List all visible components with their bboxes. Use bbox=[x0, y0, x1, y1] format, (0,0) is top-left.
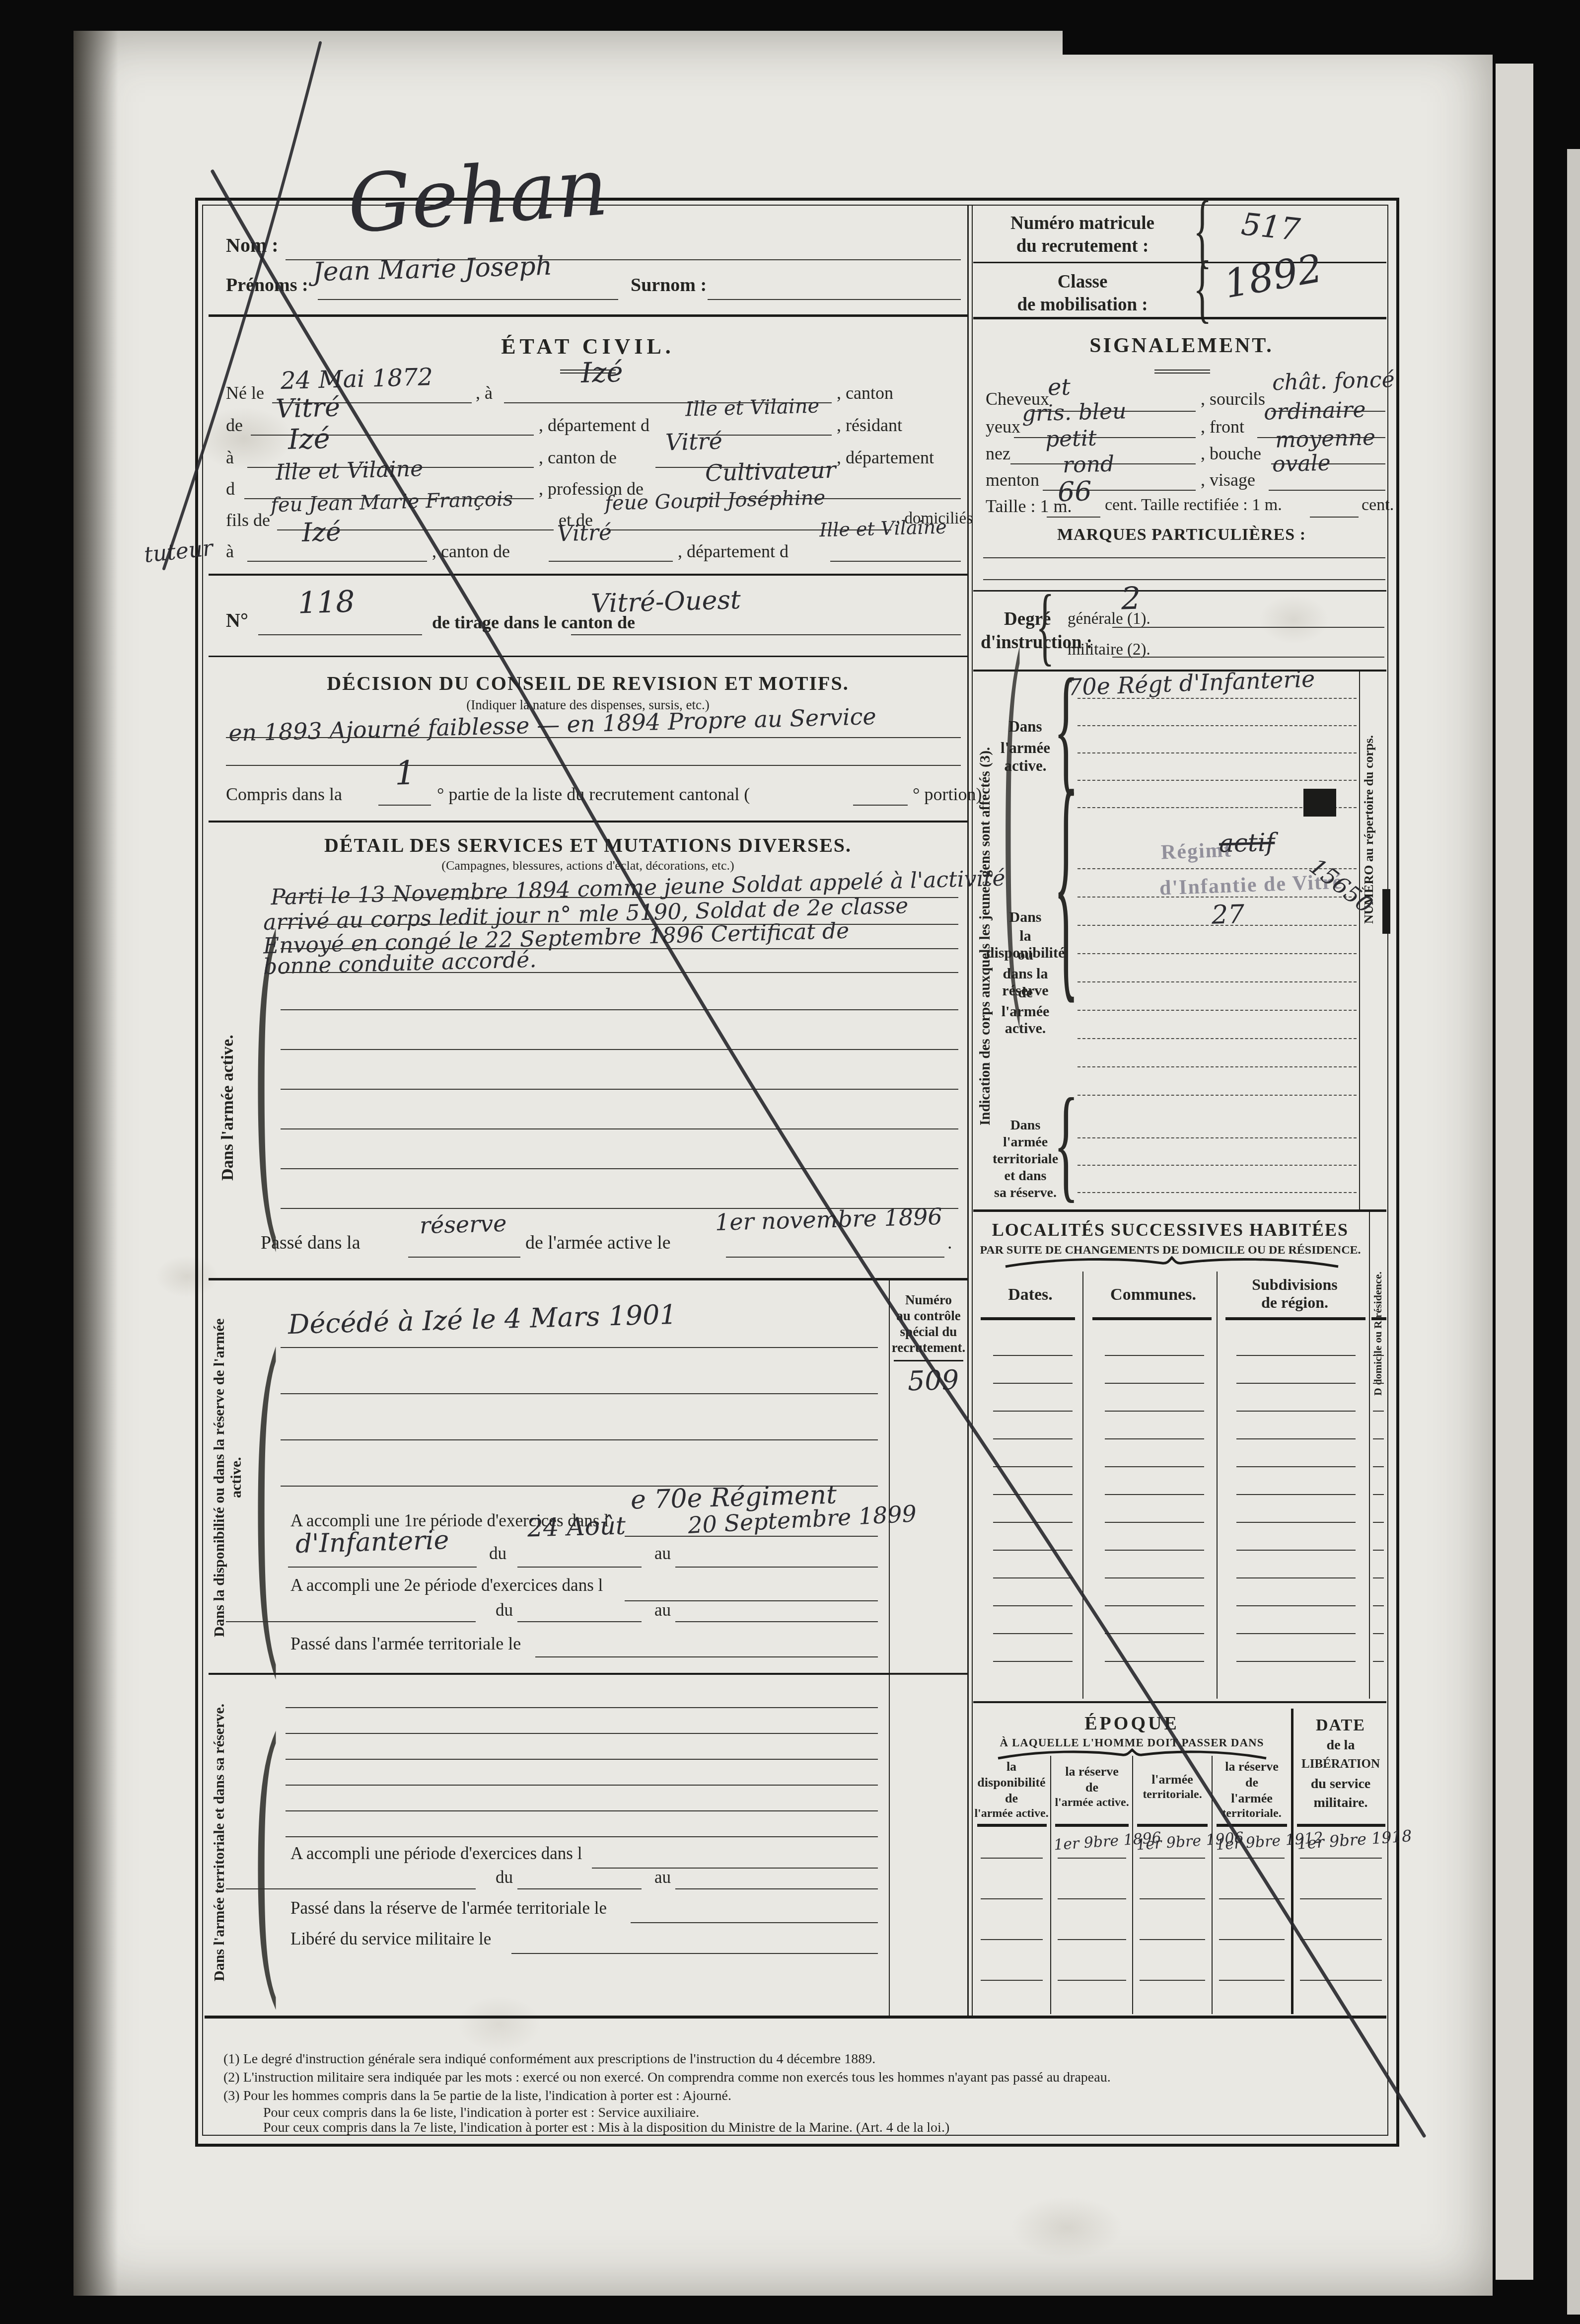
a3: à bbox=[226, 447, 234, 468]
line bbox=[1077, 1165, 1357, 1166]
line bbox=[1077, 780, 1357, 781]
epoque-c4: de bbox=[1214, 1775, 1290, 1790]
next-page-sliver bbox=[1496, 64, 1533, 2280]
epoque-c1: de bbox=[974, 1791, 1049, 1806]
taille-value: 66 bbox=[1057, 475, 1092, 508]
a3-value: Izé bbox=[287, 423, 330, 456]
row-dash bbox=[1373, 1522, 1384, 1523]
row-dash bbox=[1236, 1550, 1356, 1551]
passe-reserve-value: réserve bbox=[419, 1210, 507, 1239]
line bbox=[226, 737, 961, 738]
fils5: fils de bbox=[226, 510, 270, 530]
line bbox=[675, 1621, 878, 1622]
row-dash bbox=[993, 1661, 1073, 1662]
controle-header-4: recrutement. bbox=[891, 1340, 966, 1355]
index-bar-1 bbox=[1303, 789, 1336, 817]
compris-label: Compris dans la bbox=[226, 784, 342, 805]
line bbox=[631, 1922, 878, 1923]
line bbox=[1077, 897, 1357, 898]
line bbox=[281, 1439, 878, 1440]
row-dash bbox=[1219, 1858, 1285, 1859]
stamp-actif-crossed: actif bbox=[1219, 828, 1275, 858]
localites-head-rule-4 bbox=[1371, 1317, 1386, 1320]
line bbox=[1077, 1095, 1357, 1096]
header-rule-left bbox=[209, 314, 967, 317]
services-title: DÉTAIL DES SERVICES ET MUTATIONS DIVERSE… bbox=[209, 833, 967, 857]
controle-value: 509 bbox=[907, 1364, 959, 1397]
row-dash bbox=[1373, 1494, 1384, 1495]
footnote-2: (2) L'instruction militaire sera indiqué… bbox=[223, 2070, 1111, 2086]
services-bottom-rule bbox=[209, 1278, 967, 1280]
ne-le-value: 24 Mai 1872 bbox=[280, 363, 433, 395]
nom-value: Gehan bbox=[345, 140, 611, 251]
row-dash bbox=[1105, 1633, 1204, 1634]
main-column-divider bbox=[967, 205, 969, 2017]
dep2-value: Ille et Vilaine bbox=[685, 394, 819, 421]
territoriale-passe-label: Passé dans la réserve de l'armée territo… bbox=[290, 1898, 607, 1918]
row-dash bbox=[1105, 1522, 1204, 1523]
row-dash bbox=[1058, 1898, 1126, 1899]
footer-rule bbox=[205, 2016, 1386, 2019]
line bbox=[1077, 1010, 1357, 1011]
epoque-head-rule bbox=[977, 1824, 1047, 1827]
front-value: ordinaire bbox=[1263, 397, 1366, 425]
row-dash bbox=[1236, 1466, 1356, 1467]
row-dash bbox=[1373, 1661, 1384, 1662]
row-dash bbox=[981, 1939, 1043, 1940]
scanned-register-page: Nom : Gehan Prénoms : Jean Marie Joseph … bbox=[0, 0, 1580, 2324]
controle-header-rule bbox=[894, 1360, 963, 1361]
classe-brace: { bbox=[1193, 251, 1212, 328]
d4-value: Ille et Vilaine bbox=[275, 456, 423, 485]
line bbox=[535, 1656, 878, 1657]
line bbox=[286, 1733, 878, 1734]
row-dash bbox=[1300, 1939, 1382, 1940]
decision-bottom-rule bbox=[209, 821, 967, 823]
epoque-c1: l'armée active. bbox=[974, 1807, 1049, 1820]
tirage-no-value: 118 bbox=[297, 585, 355, 621]
row-dash bbox=[1058, 1939, 1126, 1940]
periode2-au: au bbox=[654, 1600, 671, 1620]
repertoire-strip-border bbox=[1359, 672, 1360, 1209]
dep3: , département bbox=[837, 447, 934, 468]
row-dash bbox=[1236, 1494, 1356, 1495]
reserve-bottom-rule bbox=[209, 1673, 967, 1675]
passe-territoriale-label: Passé dans l'armée territoriale le bbox=[290, 1633, 521, 1654]
canton3-value: Vitré bbox=[665, 428, 722, 456]
cheveux-value: et bbox=[1047, 373, 1071, 400]
a6-value: Izé bbox=[301, 517, 341, 548]
etat-civil-bottom-rule bbox=[209, 574, 967, 576]
row-dash bbox=[1236, 1438, 1356, 1439]
prenoms-line bbox=[318, 299, 618, 300]
localites-col-dates: Dates. bbox=[986, 1285, 1075, 1304]
compris-end: ° portion). bbox=[913, 784, 986, 805]
bouche-label: , bouche bbox=[1201, 443, 1261, 464]
controle-header-1: Numéro bbox=[891, 1292, 966, 1308]
passe-reserve-2: de l'armée active le bbox=[525, 1232, 671, 1254]
visage-value: ovale bbox=[1272, 450, 1331, 477]
line bbox=[258, 634, 422, 635]
row-dash bbox=[993, 1494, 1073, 1495]
line bbox=[286, 1810, 878, 1811]
row-dash bbox=[993, 1466, 1073, 1467]
matricule-rule bbox=[973, 262, 1386, 263]
tirage-no: N° bbox=[226, 608, 248, 632]
line bbox=[408, 1257, 520, 1258]
territoriale-side-brace: ( bbox=[255, 1689, 278, 1997]
signalement-title: SIGNALEMENT. bbox=[972, 334, 1391, 358]
epoque-c3: l'armée bbox=[1135, 1772, 1210, 1787]
row-dash bbox=[1105, 1355, 1204, 1356]
matricule-label-1: Numéro matricule bbox=[978, 213, 1187, 234]
line bbox=[517, 1621, 642, 1622]
menton-value: rond bbox=[1062, 451, 1114, 478]
sourcils-label: , sourcils bbox=[1201, 388, 1265, 409]
epoque-c1: la bbox=[974, 1759, 1049, 1774]
row-dash bbox=[1373, 1438, 1384, 1439]
periode2-label: A accompli une 2e période d'exercices da… bbox=[290, 1575, 603, 1595]
epoque-head-rule bbox=[1055, 1824, 1129, 1827]
compris-mid: ° partie de la liste du recrutement cant… bbox=[437, 784, 750, 805]
epoque-head-rule bbox=[1137, 1824, 1208, 1827]
row-dash bbox=[1105, 1383, 1204, 1384]
row-dash bbox=[981, 1858, 1043, 1859]
canton6-value: Vitré bbox=[557, 520, 612, 547]
yeux-value: gris. bleu bbox=[1021, 398, 1127, 426]
dispo-label-3: ou bbox=[996, 947, 1055, 964]
row-dash bbox=[993, 1411, 1073, 1412]
prof4-value: Cultivateur bbox=[705, 456, 836, 487]
epoque-title: ÉPOQUE bbox=[972, 1713, 1292, 1734]
line bbox=[286, 1785, 878, 1786]
surnom-line bbox=[708, 299, 961, 300]
menton-label: menton bbox=[986, 469, 1039, 490]
surnom-label: Surnom : bbox=[631, 274, 707, 296]
line bbox=[675, 1888, 878, 1889]
row-dash bbox=[1373, 1577, 1384, 1578]
line bbox=[281, 1009, 958, 1010]
dispo-label-5: de bbox=[996, 984, 1055, 1001]
footnote-4: Pour ceux compris dans la 6e liste, l'in… bbox=[263, 2105, 699, 2121]
epoque-date-divider bbox=[1291, 1709, 1293, 2014]
line bbox=[281, 1168, 958, 1169]
row-dash bbox=[1105, 1411, 1204, 1412]
epoque-date-header: LIBÉRATION bbox=[1295, 1757, 1386, 1771]
row-dash bbox=[1373, 1355, 1384, 1356]
epoque-date-header: DATE bbox=[1295, 1716, 1386, 1735]
line bbox=[625, 1536, 878, 1537]
a6: à bbox=[226, 541, 234, 562]
epoque-c4: la réserve bbox=[1214, 1759, 1290, 1774]
row-dash bbox=[1140, 1980, 1205, 1981]
a1: , à bbox=[476, 382, 493, 403]
dep6-value: Ille et Vilaine bbox=[819, 516, 947, 541]
marques-label: MARQUES PARTICULIÈRES : bbox=[972, 525, 1391, 544]
line bbox=[675, 1567, 878, 1568]
nom-label: Nom : bbox=[226, 233, 279, 257]
matricule-value: 517 bbox=[1240, 206, 1302, 248]
line bbox=[1077, 953, 1357, 954]
row-dash bbox=[1219, 1898, 1285, 1899]
de2-value: Vitré bbox=[275, 392, 340, 424]
line bbox=[571, 634, 961, 635]
dispo-brace: { bbox=[1054, 755, 1078, 1013]
line bbox=[983, 557, 1385, 558]
row-dash bbox=[1058, 1858, 1126, 1859]
row-dash bbox=[993, 1355, 1073, 1356]
control-strip-left-border bbox=[889, 1279, 890, 2016]
d4: d bbox=[226, 478, 235, 499]
row-dash bbox=[993, 1522, 1073, 1523]
localites-head-rule-2 bbox=[1092, 1317, 1212, 1320]
periode1-du-value: 24 Août bbox=[527, 1511, 626, 1542]
row-dash bbox=[1373, 1383, 1384, 1384]
line bbox=[281, 972, 958, 973]
line bbox=[1077, 698, 1357, 699]
territoriale-periode-label: A accompli une période d'exercices dans … bbox=[290, 1844, 582, 1864]
classe-label-2: de mobilisation : bbox=[978, 294, 1187, 315]
taille-cent2-label: cent. bbox=[1362, 496, 1394, 515]
row-dash bbox=[1236, 1605, 1356, 1606]
epoque-col-divider-1 bbox=[1050, 1756, 1051, 2014]
canton1: , canton bbox=[837, 382, 893, 403]
sourcils-value: chât. foncé bbox=[1272, 367, 1395, 395]
localites-head-rule-1 bbox=[981, 1317, 1075, 1320]
taille-cent-label: cent. Taille rectifiée : 1 m. bbox=[1105, 496, 1282, 515]
line bbox=[1077, 1038, 1357, 1039]
nez-value: petit bbox=[1045, 426, 1097, 452]
epoque-c4: l'armée bbox=[1214, 1791, 1290, 1806]
localites-title: LOCALITÉS SUCCESSIVES HABITÉES bbox=[972, 1219, 1369, 1240]
bouche-value: moyenne bbox=[1275, 425, 1375, 452]
line bbox=[288, 1567, 477, 1568]
epoque-col-divider-3 bbox=[1212, 1756, 1213, 2014]
row-dash bbox=[1300, 1858, 1382, 1859]
epoque-c2: la réserve bbox=[1053, 1764, 1131, 1779]
row-dash bbox=[1236, 1522, 1356, 1523]
epoque-col-divider-2 bbox=[1132, 1756, 1133, 2014]
row-dash bbox=[1300, 1898, 1382, 1899]
epoque-c1: disponibilité bbox=[974, 1775, 1049, 1790]
row-dash bbox=[1105, 1494, 1204, 1495]
epoque-date-header: du service bbox=[1295, 1776, 1386, 1792]
epoque-head-rule bbox=[1297, 1824, 1385, 1827]
line bbox=[1077, 1192, 1357, 1193]
decision-title: DÉCISION DU CONSEIL DE REVISION ET MOTIF… bbox=[209, 672, 967, 695]
controle-divider bbox=[890, 1674, 967, 1675]
line bbox=[1077, 1066, 1357, 1067]
periode1-value2: d'Infanterie bbox=[295, 1525, 449, 1559]
line bbox=[1047, 517, 1100, 518]
dep2: , département d bbox=[539, 415, 649, 436]
controle-header-2: au contrôle bbox=[891, 1308, 966, 1324]
row-dash bbox=[1373, 1605, 1384, 1606]
tirage-canton-value: Vitré-Ouest bbox=[590, 585, 741, 619]
line bbox=[1077, 725, 1357, 726]
matricule-label-2: du recrutement : bbox=[978, 235, 1187, 257]
row-dash bbox=[1105, 1550, 1204, 1551]
row-dash bbox=[1236, 1633, 1356, 1634]
dispo-label-1: Dans bbox=[996, 909, 1055, 926]
instruction-brace: { bbox=[1036, 584, 1054, 671]
line bbox=[511, 1953, 878, 1954]
line bbox=[853, 805, 908, 806]
terr-label-2: l'armée bbox=[996, 1134, 1055, 1150]
signalement-bottom-rule bbox=[973, 590, 1386, 592]
far-right-page-edge bbox=[1567, 149, 1580, 2315]
row-dash bbox=[1105, 1438, 1204, 1439]
row-dash bbox=[1219, 1980, 1285, 1981]
epoque-head-rule bbox=[1217, 1824, 1287, 1827]
terr-label-1: Dans bbox=[996, 1118, 1055, 1133]
row-dash bbox=[1300, 1980, 1382, 1981]
line bbox=[1310, 517, 1359, 518]
line bbox=[281, 1049, 958, 1050]
footnote-3: (3) Pour les hommes compris dans la 5e p… bbox=[223, 2088, 731, 2104]
localites-col-divider-1 bbox=[1082, 1272, 1083, 1699]
line bbox=[286, 1759, 878, 1760]
armee-active-label-2: l'armée active. bbox=[988, 739, 1063, 775]
footnote-5: Pour ceux compris dans la 7e liste, l'in… bbox=[263, 2120, 949, 2136]
signalement-title-rule bbox=[1154, 370, 1210, 374]
resid2: , résidant bbox=[837, 415, 902, 436]
epoque-c4: territoriale. bbox=[1214, 1807, 1290, 1820]
epoque-date-header: de la bbox=[1295, 1737, 1386, 1753]
canton3: , canton de bbox=[539, 447, 617, 468]
passe-reserve-dot: . bbox=[947, 1232, 952, 1254]
front-label: , front bbox=[1201, 416, 1244, 437]
row-dash bbox=[1140, 1939, 1205, 1940]
periode1-du: du bbox=[489, 1544, 506, 1564]
line bbox=[226, 765, 961, 766]
localites-col-divider-3 bbox=[1369, 1212, 1370, 1699]
terr-brace: { bbox=[1054, 1081, 1078, 1208]
epoque-date-header: militaire. bbox=[1295, 1795, 1386, 1811]
line bbox=[286, 1836, 878, 1837]
territoriale-au: au bbox=[654, 1868, 671, 1887]
row-dash bbox=[993, 1605, 1073, 1606]
ne-le: Né le bbox=[226, 382, 264, 403]
line bbox=[281, 1393, 878, 1394]
prenoms-value: Jean Marie Joseph bbox=[312, 251, 552, 288]
line bbox=[226, 1621, 476, 1622]
localites-col-dr: D domicile ou R résidence. bbox=[1371, 1269, 1388, 1398]
row-dash bbox=[993, 1438, 1073, 1439]
visage-label: , visage bbox=[1201, 469, 1255, 490]
periode1-au: au bbox=[654, 1544, 671, 1564]
row-dash bbox=[1105, 1577, 1204, 1578]
epoque-c2: l'armée active. bbox=[1053, 1796, 1131, 1809]
armee-active-label-1: Dans bbox=[996, 718, 1055, 736]
row-dash bbox=[1236, 1661, 1356, 1662]
line bbox=[1077, 981, 1357, 982]
line bbox=[1269, 490, 1385, 491]
terr-label-5: sa réserve. bbox=[986, 1185, 1065, 1201]
libere-label: Libéré du service militaire le bbox=[290, 1929, 491, 1949]
line bbox=[726, 1257, 944, 1258]
services-side-label: Dans l'armée active. bbox=[218, 969, 248, 1247]
etat-civil-title: ÉTAT CIVIL. bbox=[209, 334, 967, 359]
line bbox=[1112, 657, 1384, 658]
epoque-subtitle: À LAQUELLE L'HOMME DOIT PASSER DANS bbox=[972, 1736, 1292, 1749]
row-dash bbox=[1105, 1661, 1204, 1662]
terr-label-4: et dans bbox=[996, 1168, 1055, 1184]
classe-rule bbox=[973, 317, 1386, 319]
row-dash bbox=[1236, 1411, 1356, 1412]
tirage-bottom-rule bbox=[209, 656, 967, 657]
line bbox=[281, 1089, 958, 1090]
row-dash bbox=[1236, 1355, 1356, 1356]
localites-col-subdiv-2: de région. bbox=[1224, 1293, 1365, 1312]
passe-reserve-1: Passé dans la bbox=[261, 1232, 360, 1254]
line bbox=[281, 1128, 958, 1129]
line bbox=[226, 1888, 476, 1889]
territoriale-du: du bbox=[496, 1868, 513, 1887]
line bbox=[286, 1707, 878, 1708]
localites-col-divider-2 bbox=[1217, 1272, 1218, 1699]
line bbox=[549, 561, 673, 562]
line bbox=[247, 561, 427, 562]
row-dash bbox=[981, 1898, 1043, 1899]
row-dash bbox=[1373, 1550, 1384, 1551]
line bbox=[830, 561, 961, 562]
row-dash bbox=[1140, 1858, 1205, 1859]
row-dash bbox=[981, 1980, 1043, 1981]
classe-label-1: Classe bbox=[978, 271, 1187, 293]
dep6: , département d bbox=[678, 541, 789, 562]
row-dash bbox=[1236, 1383, 1356, 1384]
reserve-side-brace: ( bbox=[255, 1296, 278, 1664]
row-dash bbox=[1373, 1411, 1384, 1412]
epoque-c2: de bbox=[1053, 1780, 1131, 1795]
generale-value: 2 bbox=[1121, 580, 1141, 616]
nez-label: nez bbox=[986, 443, 1010, 464]
localites-bottom-rule bbox=[973, 1701, 1386, 1703]
line bbox=[517, 1567, 642, 1568]
line bbox=[1077, 1137, 1357, 1138]
a1-value: Izé bbox=[580, 356, 623, 389]
de2: de bbox=[226, 415, 243, 436]
prenoms-label: Prénoms : bbox=[226, 274, 308, 296]
line bbox=[1112, 627, 1384, 628]
row-dash bbox=[1105, 1466, 1204, 1467]
localites-col-subdiv-1: Subdivisions bbox=[1224, 1275, 1365, 1294]
compris-value: 1 bbox=[394, 753, 416, 792]
line bbox=[281, 1347, 878, 1348]
row-dash bbox=[993, 1550, 1073, 1551]
line bbox=[517, 1888, 642, 1889]
line bbox=[378, 805, 431, 806]
row-dash bbox=[993, 1383, 1073, 1384]
row-dash bbox=[1058, 1980, 1126, 1981]
corps-bottom-rule bbox=[973, 1209, 1386, 1212]
line bbox=[281, 948, 958, 949]
row-dash bbox=[1105, 1605, 1204, 1606]
row-dash bbox=[993, 1633, 1073, 1634]
canton6: , canton de bbox=[432, 541, 510, 562]
row-dash bbox=[1373, 1633, 1384, 1634]
row-dash bbox=[1236, 1577, 1356, 1578]
row-dash bbox=[993, 1577, 1073, 1578]
footnote-1: (1) Le degré d'instruction générale sera… bbox=[223, 2051, 875, 2067]
line bbox=[1077, 925, 1357, 926]
epoque-c3: territoriale. bbox=[1135, 1788, 1210, 1801]
row-dash bbox=[1373, 1466, 1384, 1467]
row-dash bbox=[1219, 1939, 1285, 1940]
line bbox=[1077, 752, 1357, 753]
line bbox=[1014, 437, 1196, 438]
